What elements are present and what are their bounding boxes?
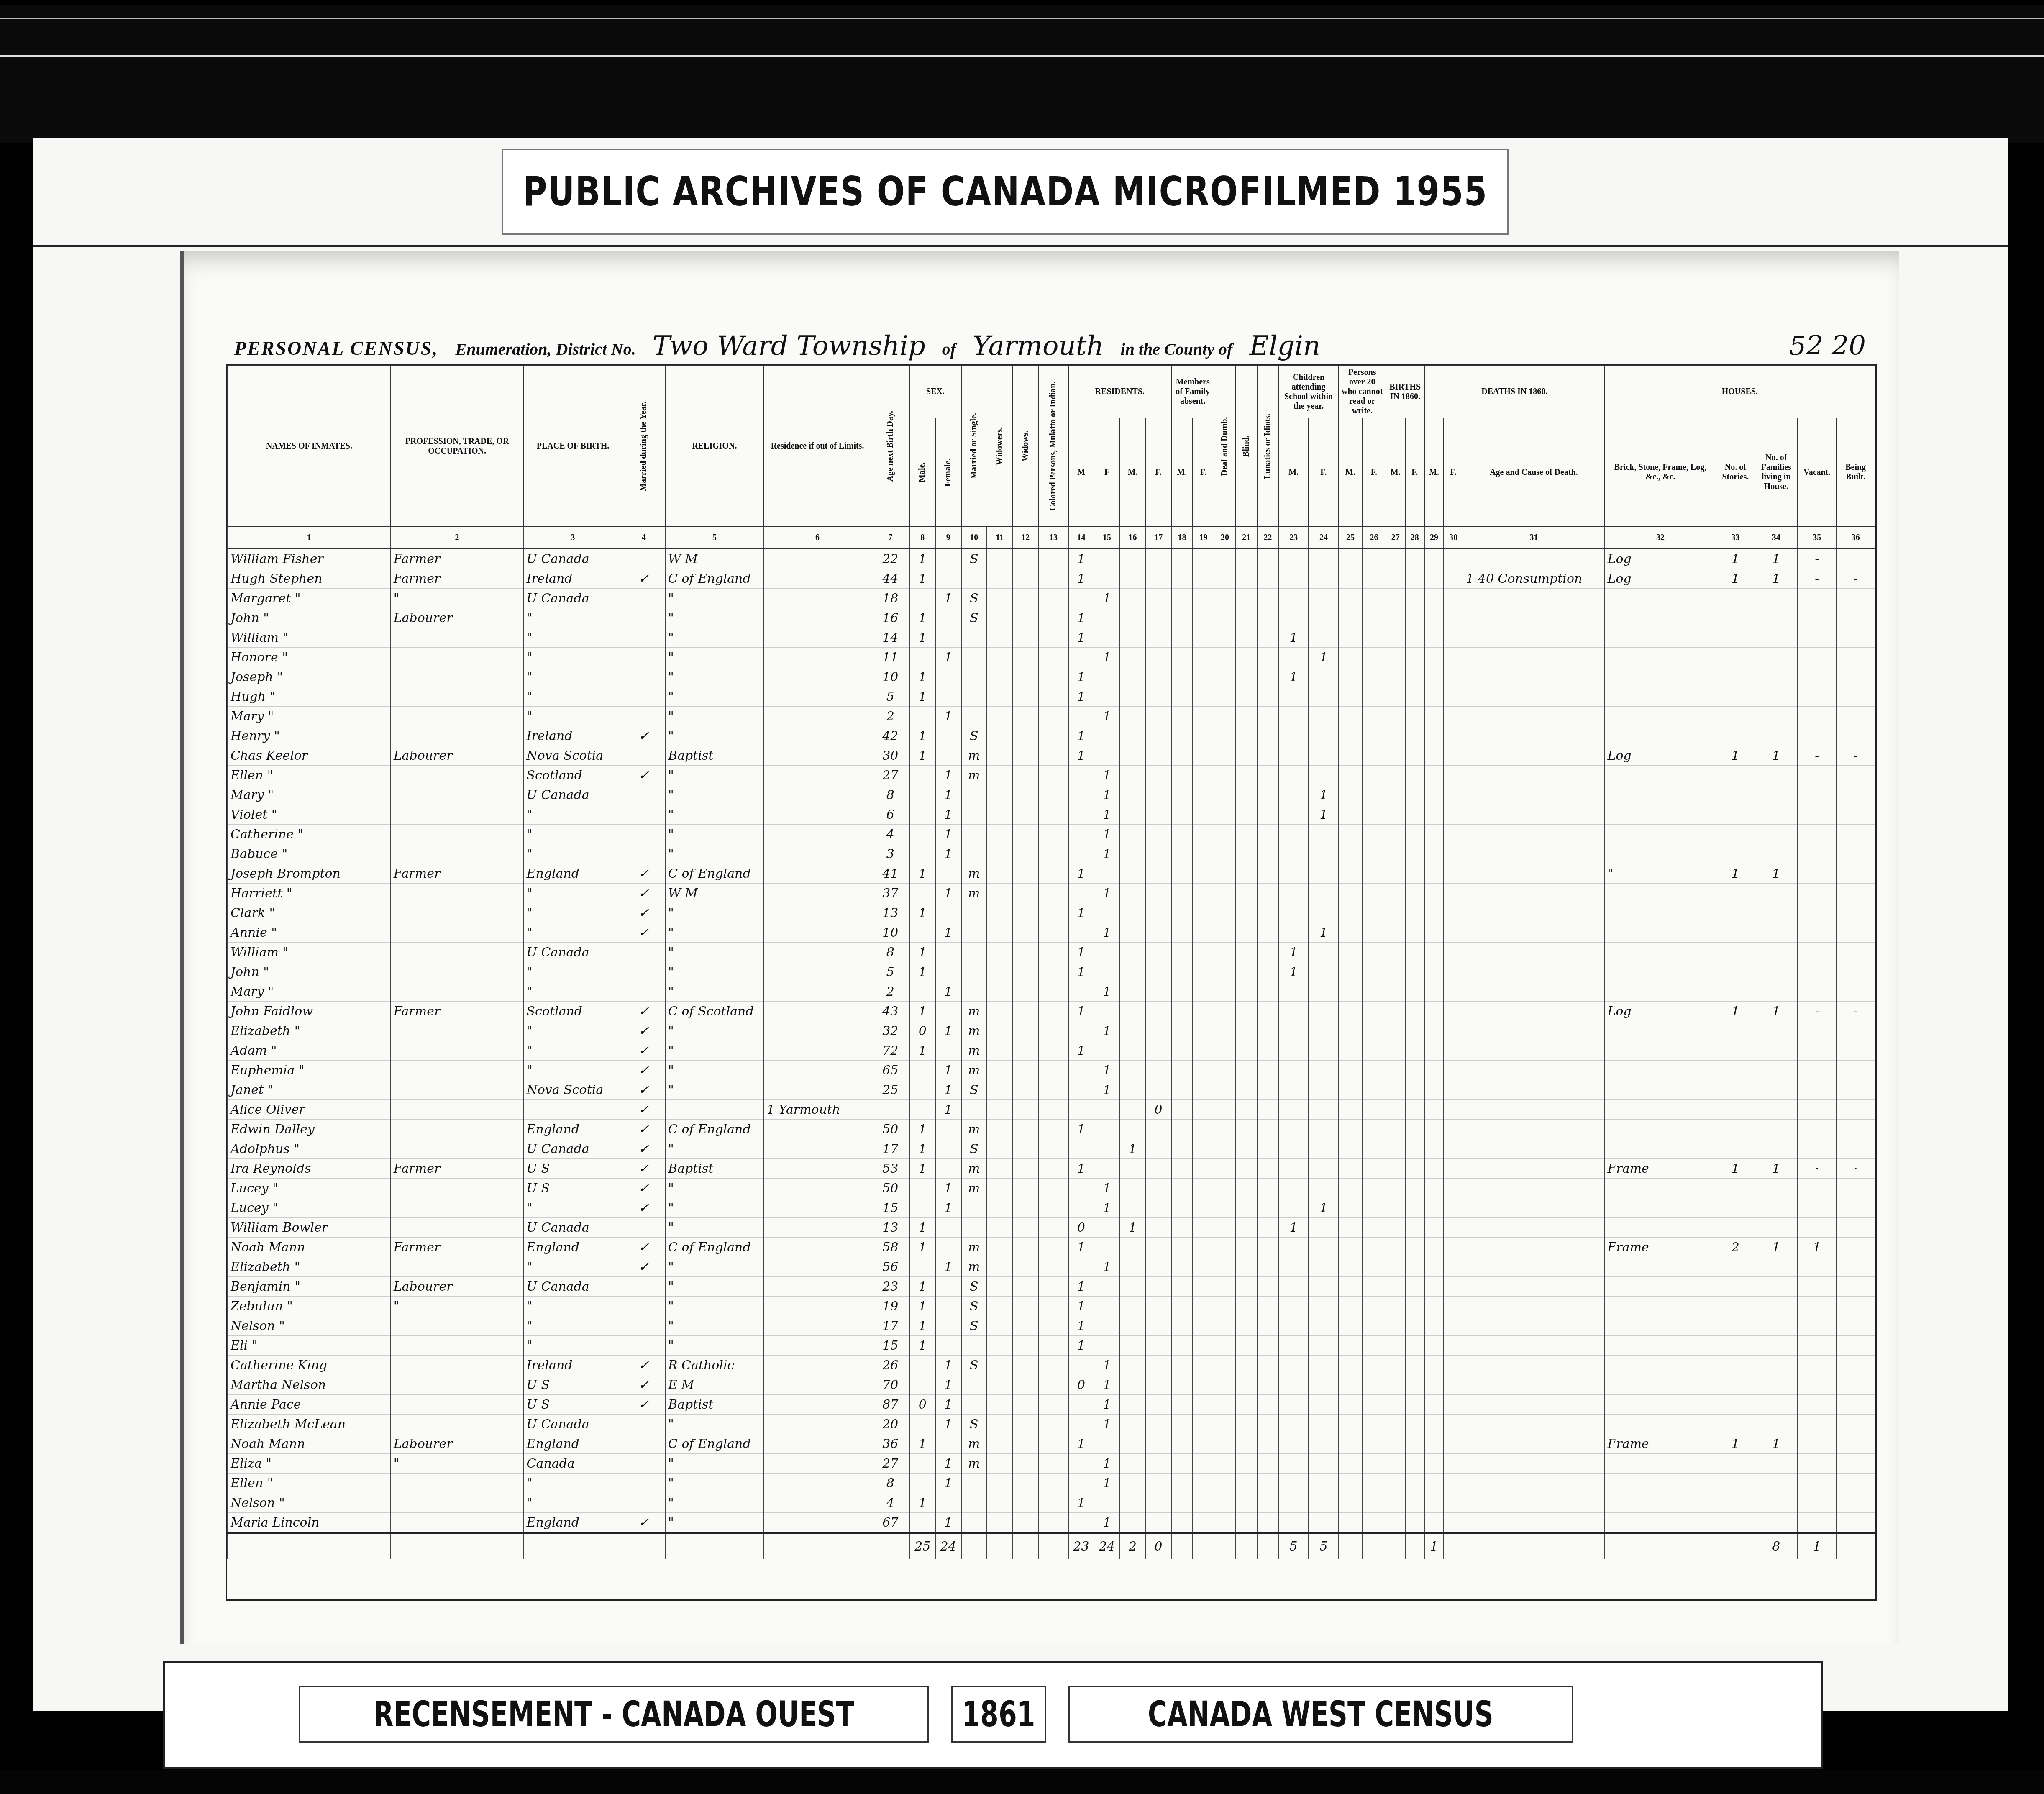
cell-empty bbox=[1339, 1493, 1362, 1513]
cell-c23 bbox=[1278, 1277, 1309, 1297]
cell-c14: 1 bbox=[1068, 1493, 1094, 1513]
cell-ms bbox=[961, 1513, 987, 1533]
col-num: 10 bbox=[961, 527, 987, 549]
cell-occ bbox=[391, 825, 524, 844]
cell-ms bbox=[961, 667, 987, 687]
cell-ms bbox=[961, 903, 987, 923]
cell-empty bbox=[1444, 962, 1463, 982]
cell-res bbox=[764, 1297, 871, 1316]
census-rows: 1234567891011121314151617181920212223242… bbox=[228, 527, 1875, 1533]
cell-empty bbox=[1214, 549, 1235, 569]
col-num: 27 bbox=[1386, 527, 1405, 549]
cell-c23: 1 bbox=[1278, 943, 1309, 962]
col-group-houses: HOUSES. bbox=[1605, 366, 1875, 418]
cell-mar: ✓ bbox=[622, 1002, 665, 1021]
cell-empty bbox=[1386, 805, 1405, 825]
cell-c15: 1 bbox=[1094, 1179, 1120, 1198]
cell-rel: " bbox=[665, 1454, 764, 1474]
col-group-deaths: DEATHS IN 1860. bbox=[1424, 366, 1605, 418]
cell-empty bbox=[1193, 982, 1214, 1002]
cell-death bbox=[1463, 1336, 1604, 1356]
cell-m bbox=[909, 923, 935, 943]
col-num: 13 bbox=[1038, 527, 1068, 549]
cell-empty bbox=[1013, 766, 1039, 785]
cell-c17 bbox=[1145, 1513, 1171, 1533]
cell-empty bbox=[1339, 785, 1362, 805]
cell-empty bbox=[1424, 1061, 1444, 1080]
col-num: 8 bbox=[909, 527, 935, 549]
cell-birth: " bbox=[524, 982, 622, 1002]
table-row: Mary """211 bbox=[228, 982, 1875, 1002]
cell-empty bbox=[1038, 667, 1068, 687]
cell-death bbox=[1463, 884, 1604, 903]
cell-fam bbox=[1755, 923, 1798, 943]
col-num: 15 bbox=[1094, 527, 1120, 549]
cell-ms bbox=[961, 707, 987, 726]
cell-c17 bbox=[1145, 726, 1171, 746]
cell-built bbox=[1836, 962, 1875, 982]
cell-empty bbox=[1257, 805, 1278, 825]
cell-age: 44 bbox=[871, 569, 909, 589]
cell-empty bbox=[1424, 1493, 1444, 1513]
cell-empty bbox=[1214, 569, 1235, 589]
cell-empty bbox=[1171, 1415, 1193, 1434]
cell-death bbox=[1463, 805, 1604, 825]
cell-empty bbox=[1424, 1277, 1444, 1297]
cell-empty bbox=[1257, 1336, 1278, 1356]
cell-stories bbox=[1716, 1257, 1755, 1277]
cell-empty bbox=[1171, 766, 1193, 785]
cell-empty bbox=[987, 1375, 1013, 1395]
cell-empty bbox=[1013, 628, 1039, 648]
cell-built bbox=[1836, 628, 1875, 648]
cell-empty bbox=[1257, 1061, 1278, 1080]
cell-empty bbox=[1362, 1218, 1386, 1238]
cell-empty bbox=[1444, 1041, 1463, 1061]
cell-c16 bbox=[1120, 1080, 1146, 1100]
cell-empty bbox=[1171, 903, 1193, 923]
cell-f bbox=[935, 1041, 961, 1061]
cell-empty bbox=[1171, 1179, 1193, 1198]
cell-occ bbox=[391, 1375, 524, 1395]
cell-empty bbox=[1339, 943, 1362, 962]
cell-empty bbox=[1424, 1513, 1444, 1533]
cell-empty bbox=[1424, 667, 1444, 687]
cell-empty bbox=[1013, 1434, 1039, 1454]
cell-age: 36 bbox=[871, 1434, 909, 1454]
cell-mar bbox=[622, 1297, 665, 1316]
cell-empty bbox=[1236, 1395, 1257, 1415]
cell-birth: " bbox=[524, 1474, 622, 1493]
cell-c24 bbox=[1309, 1415, 1339, 1434]
cell-ms: m bbox=[961, 1002, 987, 1021]
cell-built bbox=[1836, 1415, 1875, 1434]
cell-stories bbox=[1716, 884, 1755, 903]
cell-death bbox=[1463, 864, 1604, 884]
cell-stories bbox=[1716, 785, 1755, 805]
cell-stories bbox=[1716, 1415, 1755, 1434]
cell-empty bbox=[1013, 825, 1039, 844]
cell-empty bbox=[1444, 1277, 1463, 1297]
cell-c23: 1 bbox=[1278, 962, 1309, 982]
cell-empty bbox=[987, 1179, 1013, 1198]
cell-empty bbox=[987, 569, 1013, 589]
cell-birth: U Canada bbox=[524, 1415, 622, 1434]
cell-empty bbox=[1214, 825, 1235, 844]
cell-mar bbox=[622, 943, 665, 962]
cell-empty bbox=[1038, 1159, 1068, 1179]
cell-ms: m bbox=[961, 1454, 987, 1474]
table-row: John "Labourer""161S1 bbox=[228, 608, 1875, 628]
cell-empty bbox=[1038, 805, 1068, 825]
cell-fam bbox=[1755, 1375, 1798, 1395]
cell-empty bbox=[1339, 1257, 1362, 1277]
cell-name: Edwin Dalley bbox=[228, 1120, 391, 1139]
table-row: Eliza ""Canada"271m1 bbox=[228, 1454, 1875, 1474]
cell-res bbox=[764, 1356, 871, 1375]
cell-empty bbox=[1257, 1434, 1278, 1454]
cell-rel: " bbox=[665, 1218, 764, 1238]
cell-c23 bbox=[1278, 1454, 1309, 1474]
cell-empty bbox=[1444, 1297, 1463, 1316]
cell-vac bbox=[1798, 844, 1836, 864]
cell-age: 8 bbox=[871, 1474, 909, 1493]
cell-m: 1 bbox=[909, 628, 935, 648]
cell-c14: 1 bbox=[1068, 1238, 1094, 1257]
cell-fam bbox=[1755, 903, 1798, 923]
cell-empty bbox=[1214, 982, 1235, 1002]
cell-fam: 1 bbox=[1755, 1159, 1798, 1179]
total-male: 25 bbox=[909, 1533, 935, 1559]
cell-empty bbox=[1444, 1454, 1463, 1474]
cell-res: 1 Yarmouth bbox=[764, 1100, 871, 1120]
cell-ms: S bbox=[961, 1277, 987, 1297]
cell-empty bbox=[1193, 1474, 1214, 1493]
cell-empty bbox=[1339, 864, 1362, 884]
cell-ms: S bbox=[961, 1297, 987, 1316]
cell-empty bbox=[1386, 1277, 1405, 1297]
cell-empty bbox=[1257, 982, 1278, 1002]
cell-m bbox=[909, 1375, 935, 1395]
cell-empty bbox=[1386, 549, 1405, 569]
cell-house bbox=[1605, 707, 1716, 726]
cell-empty bbox=[1444, 1218, 1463, 1238]
cell-f bbox=[935, 962, 961, 982]
cell-m bbox=[909, 844, 935, 864]
cell-empty bbox=[1013, 982, 1039, 1002]
cell-m bbox=[909, 766, 935, 785]
cell-age: 18 bbox=[871, 589, 909, 608]
cell-c17 bbox=[1145, 1257, 1171, 1277]
cell-empty bbox=[1038, 569, 1068, 589]
cell-c24 bbox=[1309, 884, 1339, 903]
cell-empty bbox=[987, 1474, 1013, 1493]
cell-m: 1 bbox=[909, 746, 935, 766]
cell-empty bbox=[1236, 1002, 1257, 1021]
cell-empty bbox=[1038, 1336, 1068, 1356]
cell-age: 41 bbox=[871, 864, 909, 884]
cell-empty bbox=[1444, 1179, 1463, 1198]
cell-c14 bbox=[1068, 1198, 1094, 1218]
cell-c15: 1 bbox=[1094, 884, 1120, 903]
cell-empty bbox=[1339, 1415, 1362, 1434]
cell-empty bbox=[1362, 1316, 1386, 1336]
cell-death bbox=[1463, 1395, 1604, 1415]
total-female: 24 bbox=[935, 1533, 961, 1559]
cell-empty bbox=[1444, 864, 1463, 884]
cell-c16 bbox=[1120, 805, 1146, 825]
cell-age: 30 bbox=[871, 746, 909, 766]
cell-empty bbox=[1214, 608, 1235, 628]
cell-mar: ✓ bbox=[622, 884, 665, 903]
cell-c15: 1 bbox=[1094, 1395, 1120, 1415]
cell-c16 bbox=[1120, 844, 1146, 864]
cell-empty bbox=[1444, 884, 1463, 903]
cell-f: 1 bbox=[935, 766, 961, 785]
cell-birth: " bbox=[524, 844, 622, 864]
cell-occ: Farmer bbox=[391, 1002, 524, 1021]
cell-stories: 2 bbox=[1716, 1238, 1755, 1257]
cell-empty bbox=[1171, 707, 1193, 726]
cell-built bbox=[1836, 1375, 1875, 1395]
cell-m bbox=[909, 1356, 935, 1375]
cell-name: Eliza " bbox=[228, 1454, 391, 1474]
cell-age: 22 bbox=[871, 549, 909, 569]
cell-c14: 1 bbox=[1068, 1159, 1094, 1179]
cell-c23 bbox=[1278, 608, 1309, 628]
table-row: Noah MannLabourerEnglandC of England361m… bbox=[228, 1434, 1875, 1454]
cell-house bbox=[1605, 962, 1716, 982]
cell-c23: 1 bbox=[1278, 628, 1309, 648]
cell-c14 bbox=[1068, 1179, 1094, 1198]
col-header-deaths-m: M. bbox=[1424, 418, 1444, 527]
col-header-colored: Colored Persons, Mulatto or Indian. bbox=[1038, 366, 1068, 527]
cell-c14 bbox=[1068, 923, 1094, 943]
col-header-notmem-f: F. bbox=[1145, 418, 1171, 527]
cell-empty bbox=[1405, 648, 1424, 667]
cell-res bbox=[764, 903, 871, 923]
cell-c15 bbox=[1094, 569, 1120, 589]
cell-empty bbox=[1362, 589, 1386, 608]
cell-empty bbox=[1214, 864, 1235, 884]
col-header-residence: Residence if out of Limits. bbox=[764, 366, 871, 527]
cell-empty bbox=[1193, 1139, 1214, 1159]
cell-empty bbox=[1171, 608, 1193, 628]
cell-rel: " bbox=[665, 943, 764, 962]
cell-name: William " bbox=[228, 943, 391, 962]
cell-c15: 1 bbox=[1094, 1198, 1120, 1218]
cell-f: 1 bbox=[935, 1179, 961, 1198]
cell-empty bbox=[1038, 1041, 1068, 1061]
cell-house: Log bbox=[1605, 1002, 1716, 1021]
cell-empty bbox=[1013, 1218, 1039, 1238]
cell-fam bbox=[1755, 982, 1798, 1002]
cell-empty bbox=[1013, 1139, 1039, 1159]
table-row: Annie ""✓"10111 bbox=[228, 923, 1875, 943]
cell-c14 bbox=[1068, 589, 1094, 608]
cell-empty bbox=[1171, 1474, 1193, 1493]
cell-fam: 1 bbox=[1755, 1238, 1798, 1257]
col-group-illiterate: Persons over 20 who cannot read or write… bbox=[1339, 366, 1386, 418]
cell-empty bbox=[1171, 864, 1193, 884]
cell-empty bbox=[1424, 569, 1444, 589]
cell-house bbox=[1605, 1218, 1716, 1238]
cell-empty bbox=[1444, 1513, 1463, 1533]
cell-ms bbox=[961, 1336, 987, 1356]
cell-c14 bbox=[1068, 1474, 1094, 1493]
cell-empty bbox=[1236, 1356, 1257, 1375]
table-row: Clark ""✓"1311 bbox=[228, 903, 1875, 923]
col-header-families: No. of Families living in House. bbox=[1755, 418, 1798, 527]
cell-empty bbox=[1424, 766, 1444, 785]
cell-f bbox=[935, 1316, 961, 1336]
cell-empty bbox=[1236, 844, 1257, 864]
cell-empty bbox=[1257, 943, 1278, 962]
cell-house bbox=[1605, 884, 1716, 903]
cell-res bbox=[764, 982, 871, 1002]
cell-empty bbox=[1405, 923, 1424, 943]
cell-rel: " bbox=[665, 1021, 764, 1041]
cell-mar: ✓ bbox=[622, 1257, 665, 1277]
cell-fam bbox=[1755, 1297, 1798, 1316]
cell-empty bbox=[1236, 1159, 1257, 1179]
cell-ms: S bbox=[961, 1316, 987, 1336]
cell-c16 bbox=[1120, 589, 1146, 608]
cell-name: Violet " bbox=[228, 805, 391, 825]
cell-m: 1 bbox=[909, 903, 935, 923]
cell-empty bbox=[1013, 1474, 1039, 1493]
cell-empty bbox=[1214, 1021, 1235, 1041]
cell-empty bbox=[1257, 962, 1278, 982]
cell-age: 5 bbox=[871, 687, 909, 707]
col-num: 31 bbox=[1463, 527, 1604, 549]
cell-empty bbox=[1339, 746, 1362, 766]
col-num: 36 bbox=[1836, 527, 1875, 549]
cell-occ bbox=[391, 884, 524, 903]
cell-res bbox=[764, 1257, 871, 1277]
cell-built bbox=[1836, 667, 1875, 687]
cell-vac bbox=[1798, 667, 1836, 687]
cell-empty bbox=[1424, 707, 1444, 726]
cell-c15 bbox=[1094, 1120, 1120, 1139]
cell-c17 bbox=[1145, 1316, 1171, 1336]
cell-c16 bbox=[1120, 648, 1146, 667]
cell-c24 bbox=[1309, 1061, 1339, 1080]
cell-death bbox=[1463, 1100, 1604, 1120]
cell-c16 bbox=[1120, 608, 1146, 628]
cell-m bbox=[909, 785, 935, 805]
cell-res bbox=[764, 844, 871, 864]
cell-occ bbox=[391, 982, 524, 1002]
cell-c23 bbox=[1278, 687, 1309, 707]
cell-c15: 1 bbox=[1094, 1375, 1120, 1395]
cell-fam bbox=[1755, 1100, 1798, 1120]
cell-empty bbox=[1236, 903, 1257, 923]
cell-empty bbox=[1193, 1198, 1214, 1218]
cell-fam bbox=[1755, 1179, 1798, 1198]
cell-occ: Farmer bbox=[391, 569, 524, 589]
cell-vac bbox=[1798, 982, 1836, 1002]
cell-empty bbox=[1038, 864, 1068, 884]
cell-empty bbox=[1236, 1021, 1257, 1041]
cell-house: Log bbox=[1605, 746, 1716, 766]
col-num: 35 bbox=[1798, 527, 1836, 549]
cell-empty bbox=[1214, 1238, 1235, 1257]
cell-c17 bbox=[1145, 1493, 1171, 1513]
cell-c23: 1 bbox=[1278, 667, 1309, 687]
cell-empty bbox=[1214, 844, 1235, 864]
cell-death bbox=[1463, 766, 1604, 785]
cell-empty bbox=[1339, 805, 1362, 825]
cell-empty bbox=[1405, 1474, 1424, 1493]
cell-fam: 1 bbox=[1755, 1434, 1798, 1454]
cell-house bbox=[1605, 1316, 1716, 1336]
cell-c16 bbox=[1120, 766, 1146, 785]
cell-fam: 1 bbox=[1755, 746, 1798, 766]
cell-m: 1 bbox=[909, 608, 935, 628]
cell-vac bbox=[1798, 1395, 1836, 1415]
cell-empty bbox=[1444, 825, 1463, 844]
cell-empty bbox=[1038, 1434, 1068, 1454]
cell-c14: 1 bbox=[1068, 608, 1094, 628]
cell-age bbox=[871, 1100, 909, 1120]
cell-f: 1 bbox=[935, 1395, 961, 1415]
cell-empty bbox=[1444, 785, 1463, 805]
cell-c24 bbox=[1309, 1513, 1339, 1533]
cell-birth: England bbox=[524, 1434, 622, 1454]
cell-res bbox=[764, 1120, 871, 1139]
cell-mar bbox=[622, 589, 665, 608]
col-header-absent-f: F. bbox=[1193, 418, 1214, 527]
cell-c15 bbox=[1094, 1041, 1120, 1061]
cell-f: 1 bbox=[935, 844, 961, 864]
cell-res bbox=[764, 1080, 871, 1100]
cell-vac bbox=[1798, 1139, 1836, 1159]
cell-death bbox=[1463, 1080, 1604, 1100]
cell-empty bbox=[1386, 1257, 1405, 1277]
cell-c17 bbox=[1145, 982, 1171, 1002]
header-banner: PUBLIC ARCHIVES OF CANADA MICROFILMED 19… bbox=[502, 149, 1509, 235]
cell-empty bbox=[1362, 1002, 1386, 1021]
cell-death bbox=[1463, 589, 1604, 608]
cell-empty bbox=[1339, 1139, 1362, 1159]
cell-empty bbox=[1171, 726, 1193, 746]
cell-f bbox=[935, 943, 961, 962]
cell-empty bbox=[1038, 1120, 1068, 1139]
cell-empty bbox=[1214, 628, 1235, 648]
cell-c16 bbox=[1120, 1159, 1146, 1179]
col-group-births: BIRTHS IN 1860. bbox=[1386, 366, 1424, 418]
cell-empty bbox=[1444, 805, 1463, 825]
cell-empty bbox=[1257, 549, 1278, 569]
cell-empty bbox=[1214, 1002, 1235, 1021]
table-row: Chas KeelorLabourerNova ScotiaBaptist301… bbox=[228, 746, 1875, 766]
cell-vac bbox=[1798, 805, 1836, 825]
cell-occ bbox=[391, 667, 524, 687]
cell-empty bbox=[1362, 923, 1386, 943]
col-num: 12 bbox=[1013, 527, 1039, 549]
cell-f: 1 bbox=[935, 1356, 961, 1375]
cell-empty bbox=[1339, 1356, 1362, 1375]
cell-stories bbox=[1716, 1395, 1755, 1415]
cell-empty bbox=[1038, 648, 1068, 667]
col-num: 33 bbox=[1716, 527, 1755, 549]
cell-ms: m bbox=[961, 1434, 987, 1454]
cell-m bbox=[909, 1474, 935, 1493]
cell-death bbox=[1463, 1513, 1604, 1533]
cell-empty bbox=[1171, 628, 1193, 648]
col-group-absent: Members of Family absent. bbox=[1171, 366, 1214, 418]
